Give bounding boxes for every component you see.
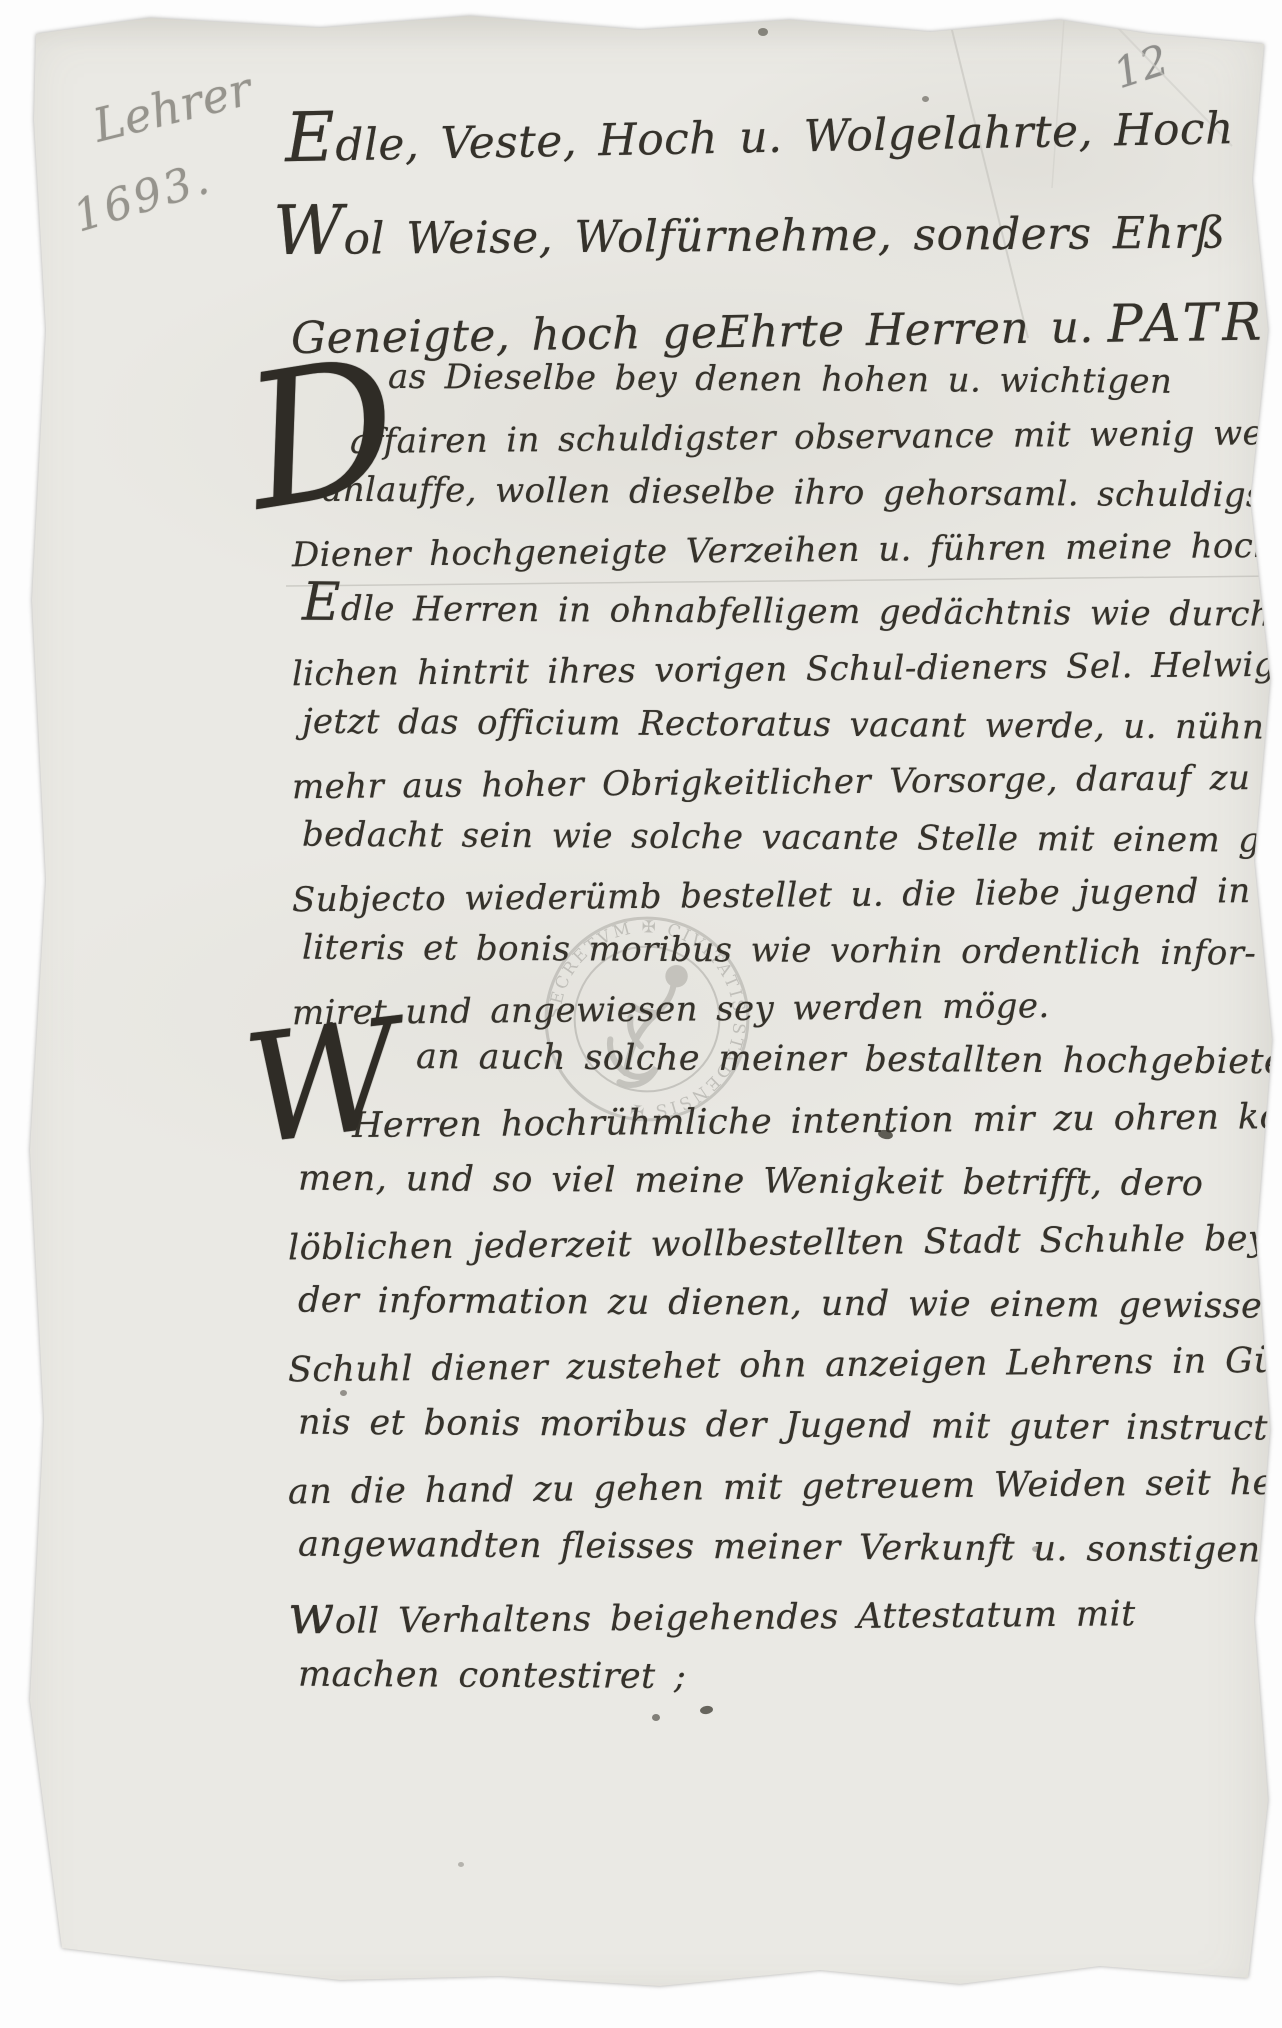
manuscript-line: nis et bonis moribus der Jugend mit gute… <box>298 1393 1282 1461</box>
body-paragraph-2: W an auch solche meiner bestallten hochg… <box>288 1030 1282 1709</box>
archivist-annotation-word: Lehrer <box>88 61 257 152</box>
manuscript-line: Herren hochrühmliche intention mir zu oh… <box>352 1086 1282 1157</box>
drop-initial: D <box>232 316 412 553</box>
ink-speck <box>652 1714 660 1721</box>
manuscript-line: woll Verhaltens beigehendes Attestatum m… <box>288 1574 1282 1654</box>
ink-speck <box>458 1862 464 1867</box>
manuscript-line: anlauffe, wollen dieselbe ihro gehorsaml… <box>322 462 1282 525</box>
manuscript-line: literis et bonis moribus wie vorhin orde… <box>302 920 1282 983</box>
manuscript-line: Schuhl diener zustehet ohn anzeigen Lehr… <box>288 1330 1282 1402</box>
manuscript-line: lichen hintrit ihres vorigen Schul-diene… <box>292 635 1282 702</box>
patronen-emphasis: PATRONEN <box>1107 290 1282 355</box>
salutation: Edle, Veste, Hoch u. Wolgelahrte, Hoch u… <box>285 82 1282 377</box>
manuscript-line: Subjecto wiederümb bestellet u. die lieb… <box>292 861 1282 928</box>
manuscript-line: löblichen jederzeit wollbestellten Stadt… <box>288 1208 1282 1280</box>
manuscript-line: jetzt das officium Rectoratus vacant wer… <box>302 694 1282 757</box>
scanned-letter: SECRETVM ✠ CIVITATIS STADENSIS ✠ Lehrer … <box>0 0 1282 2028</box>
ink-speck <box>758 28 768 36</box>
manuscript-line: bedacht sein wie solche vacante Stelle m… <box>302 807 1282 870</box>
manuscript-line: machen contestiret ; <box>298 1645 1282 1713</box>
manuscript-line: affairen in schuldigster observance mit … <box>350 403 1282 470</box>
body-paragraph-1: D as Dieselbe bey denen hohen u. wichtig… <box>292 352 1282 1036</box>
manuscript-line: mehr aus hoher Obrigkeitlicher Vorsorge,… <box>292 748 1282 815</box>
paper-sheet: SECRETVM ✠ CIVITATIS STADENSIS ✠ Lehrer … <box>0 0 1282 2028</box>
drop-initial: W <box>236 987 410 1178</box>
manuscript-line: an die hand zu gehen mit getreuem Weiden… <box>288 1452 1282 1524</box>
manuscript-line: as Dieselbe bey denen hohen u. wichtigen <box>388 349 1282 412</box>
salutation-line: Wol Weise, Wolfürnehme, sonders Ehrß <box>273 178 1282 286</box>
paper-surface: SECRETVM ✠ CIVITATIS STADENSIS ✠ Lehrer … <box>0 0 1282 2028</box>
manuscript-line: Diener hochgeneigte Verzeihen u. führen … <box>292 516 1282 583</box>
manuscript-line: der information zu dienen, und wie einem… <box>298 1271 1282 1339</box>
manuscript-line: an auch solche meiner bestallten hochgeb… <box>416 1027 1282 1094</box>
manuscript-line: men, und so viel meine Wenigkeit betriff… <box>298 1149 1282 1217</box>
archivist-annotation-year: 1693. <box>68 153 218 243</box>
manuscript-line: Edle Herren in ohnabfelligem gedächtnis … <box>302 575 1282 644</box>
salutation-line: Edle, Veste, Hoch u. Wolgelahrte, Hoch u… <box>284 71 1282 194</box>
manuscript-line: angewandten fleisses meiner Verkunft u. … <box>298 1515 1282 1583</box>
